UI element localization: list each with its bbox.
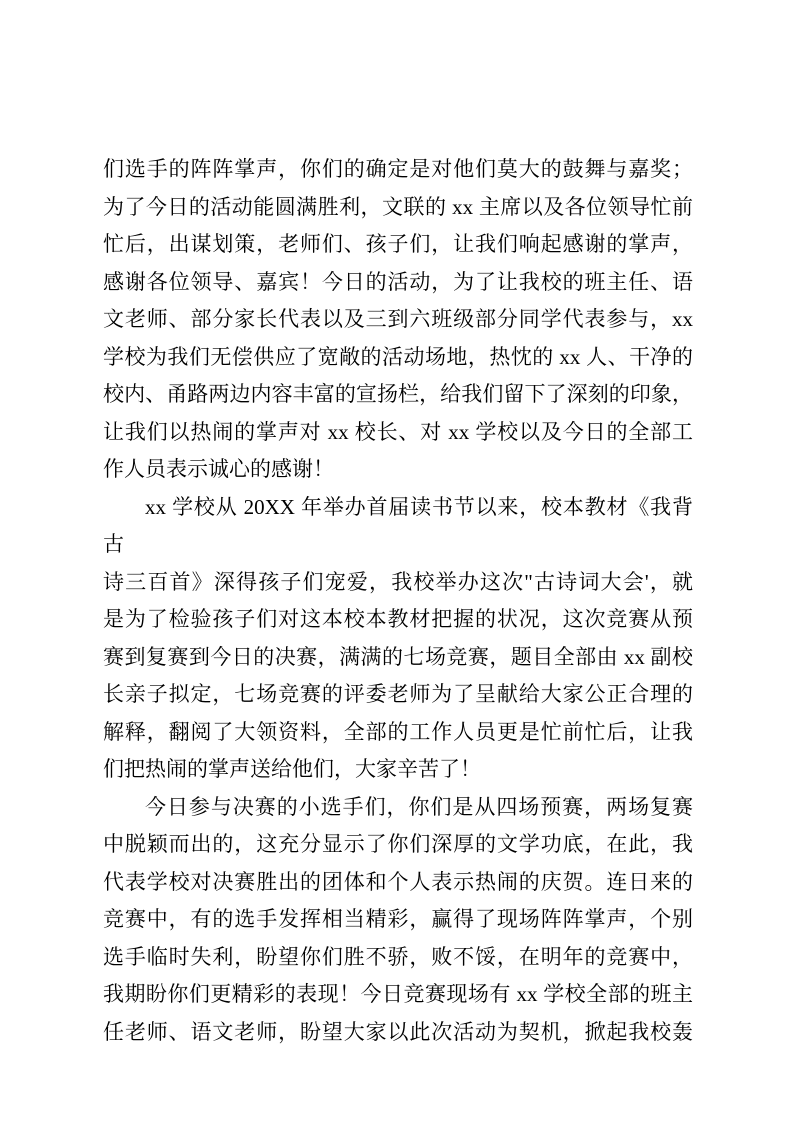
text-line: 中脱颖而出的，这充分显示了你们深厚的文学功底，在此，我	[103, 826, 693, 864]
text-line: 代表学校对决赛胜出的团体和个人表示热闹的庆贺。连日来的	[103, 864, 693, 902]
text-line: 们把热闹的掌声送给他们，大家辛苦了！	[103, 751, 693, 789]
text-line: 选手临时失利，盼望你们胜不骄，败不馁，在明年的竞赛中，	[103, 939, 693, 977]
text-line: 任老师、语文老师，盼望大家以此次活动为契机，掀起我校轰	[103, 1014, 693, 1052]
text-line: 诗三百首》深得孩子们宠爱，我校举办这次"古诗词大会'，就	[103, 564, 693, 602]
text-line: 作人员表示诚心的感谢！	[103, 451, 693, 489]
text-line: 是为了检验孩子们对这本校本教材把握的状况，这次竞赛从预	[103, 601, 693, 639]
text-line: 感谢各位领导、嘉宾！今日的活动，为了让我校的班主任、语	[103, 264, 693, 302]
text-line: 们选手的阵阵掌声，你们的确定是对他们莫大的鼓舞与嘉奖；	[103, 151, 693, 189]
text-line: 竞赛中，有的选手发挥相当精彩，赢得了现场阵阵掌声，个别	[103, 901, 693, 939]
text-line: 解释，翻阅了大领资料，全部的工作人员更是忙前忙后，让我	[103, 714, 693, 752]
text-line: 文老师、部分家长代表以及三到六班级部分同学代表参与，xx	[103, 301, 693, 339]
text-line: 学校为我们无偿供应了宽敞的活动场地，热忱的 xx 人、干净的	[103, 339, 693, 377]
text-line: 赛到复赛到今日的决赛，满满的七场竞赛，题目全部由 xx 副校	[103, 639, 693, 677]
text-line: xx 学校从 20XX 年举办首届读书节以来，校本教材《我背古	[103, 489, 693, 564]
text-line: 今日参与决赛的小选手们，你们是从四场预赛，两场复赛	[103, 789, 693, 827]
text-line: 我期盼你们更精彩的表现！今日竞赛现场有 xx 学校全部的班主	[103, 976, 693, 1014]
text-line: 忙后，出谋划策，老师们、孩子们，让我们响起感谢的掌声，	[103, 226, 693, 264]
document-page: 们选手的阵阵掌声，你们的确定是对他们莫大的鼓舞与嘉奖；为了今日的活动能圆满胜利，…	[0, 0, 793, 1122]
text-line: 为了今日的活动能圆满胜利，文联的 xx 主席以及各位领导忙前	[103, 189, 693, 227]
document-body: 们选手的阵阵掌声，你们的确定是对他们莫大的鼓舞与嘉奖；为了今日的活动能圆满胜利，…	[103, 151, 693, 1051]
text-line: 长亲子拟定，七场竞赛的评委老师为了呈献给大家公正合理的	[103, 676, 693, 714]
text-line: 校内、甬路两边内容丰富的宣扬栏，给我们留下了深刻的印象，	[103, 376, 693, 414]
text-line: 让我们以热闹的掌声对 xx 校长、对 xx 学校以及今日的全部工	[103, 414, 693, 452]
